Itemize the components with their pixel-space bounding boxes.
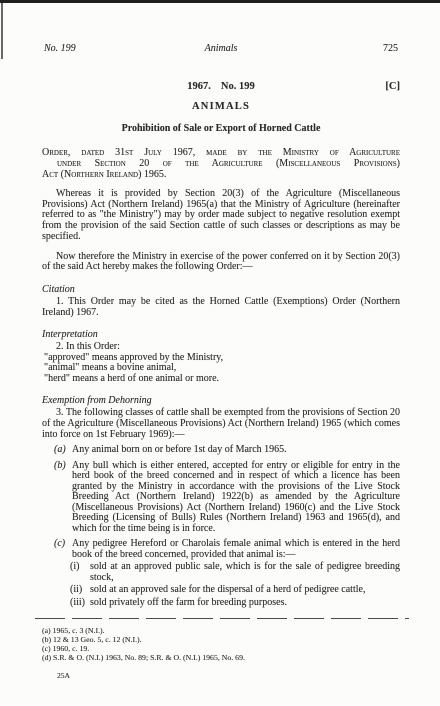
order-year: 1967. — [187, 81, 211, 92]
citation-heading: Citation — [42, 284, 400, 295]
citation-paragraph: 1. This Order may be cited as the Horned… — [42, 297, 400, 318]
item-marker: (b) — [54, 461, 66, 472]
definition-line: "herd" means a herd of one animal or mor… — [42, 374, 400, 385]
subitem-text: sold at an approved sale for the dispers… — [90, 584, 365, 595]
exemption-heading: Exemption from Dehorning — [42, 395, 400, 406]
running-title: Animals — [42, 43, 400, 54]
order-serial: No. 199 — [221, 81, 255, 92]
page-number: 725 — [383, 43, 398, 54]
statutory-order-page: No. 199 Animals 725 1967.No. 199 [C] ANI… — [0, 0, 440, 706]
sub-list-item: (iii) sold privately off the farm for br… — [42, 598, 400, 609]
footnote-separator — [35, 618, 409, 619]
order-preamble-line: Act (Northern Ireland) 1965. — [42, 169, 400, 180]
running-header: No. 199 Animals 725 — [42, 43, 400, 55]
order-number-line: 1967.No. 199 [C] — [42, 81, 400, 92]
printer-signature-mark: 25A — [42, 671, 400, 680]
subitem-text: sold at an approved public sale, which i… — [90, 561, 400, 583]
item-marker: (a) — [54, 445, 66, 456]
item-text: Any bull which is either entered, accept… — [72, 460, 400, 534]
list-item: (c) Any pedigree Hereford or Charolais f… — [42, 539, 400, 560]
interpretation-heading: Interpretation — [42, 329, 400, 340]
exemption-items: (a) Any animal born on or before 1st day… — [42, 445, 400, 608]
order-title: Prohibition of Sale or Export of Horned … — [42, 123, 400, 134]
order-preamble: Order, dated 31st July 1967, made by the… — [42, 147, 400, 180]
item-text: Any pedigree Hereford or Charolais femal… — [72, 538, 400, 560]
sub-list-item: (i) sold at an approved public sale, whi… — [42, 562, 400, 583]
enacting-paragraph: Now therefore the Ministry in exercise o… — [42, 252, 400, 273]
exemption-intro: 3. The following classes of cattle shall… — [42, 408, 400, 440]
footnote-line: (d) S.R. & O. (N.I.) 1963, No. 89; S.R. … — [42, 653, 400, 662]
subitem-marker: (ii) — [70, 585, 82, 596]
interpretation-block: 2. In this Order: "approved" means appro… — [42, 342, 400, 384]
subject-heading: ANIMALS — [42, 101, 400, 112]
subitem-marker: (iii) — [70, 598, 85, 609]
list-item: (b) Any bull which is either entered, ac… — [42, 461, 400, 535]
subitem-marker: (i) — [70, 562, 79, 573]
sub-list-item: (ii) sold at an approved sale for the di… — [42, 585, 400, 596]
subitem-text: sold privately off the farm for breeding… — [90, 597, 287, 608]
footnote-line: (a) 1965, c. 3 (N.I.). — [42, 626, 400, 635]
whereas-paragraph: Whereas it is provided by Section 20(3) … — [42, 189, 400, 243]
order-preamble-line: Order, dated 31st July 1967, made by the… — [42, 147, 400, 158]
list-item: (a) Any animal born on or before 1st day… — [42, 445, 400, 456]
footnotes: (a) 1965, c. 3 (N.I.). (b) 12 & 13 Geo. … — [42, 626, 400, 662]
item-text: Any animal born on or before 1st day of … — [72, 444, 287, 455]
footnote-line: (c) 1960, c. 19. — [42, 644, 400, 653]
item-marker: (c) — [54, 539, 65, 550]
order-preamble-line: under Section 20 of the Agriculture (Mis… — [42, 158, 400, 169]
footnote-line: (b) 12 & 13 Geo. 5, c. 12 (N.I.). — [42, 635, 400, 644]
classification-mark: [C] — [385, 81, 400, 92]
